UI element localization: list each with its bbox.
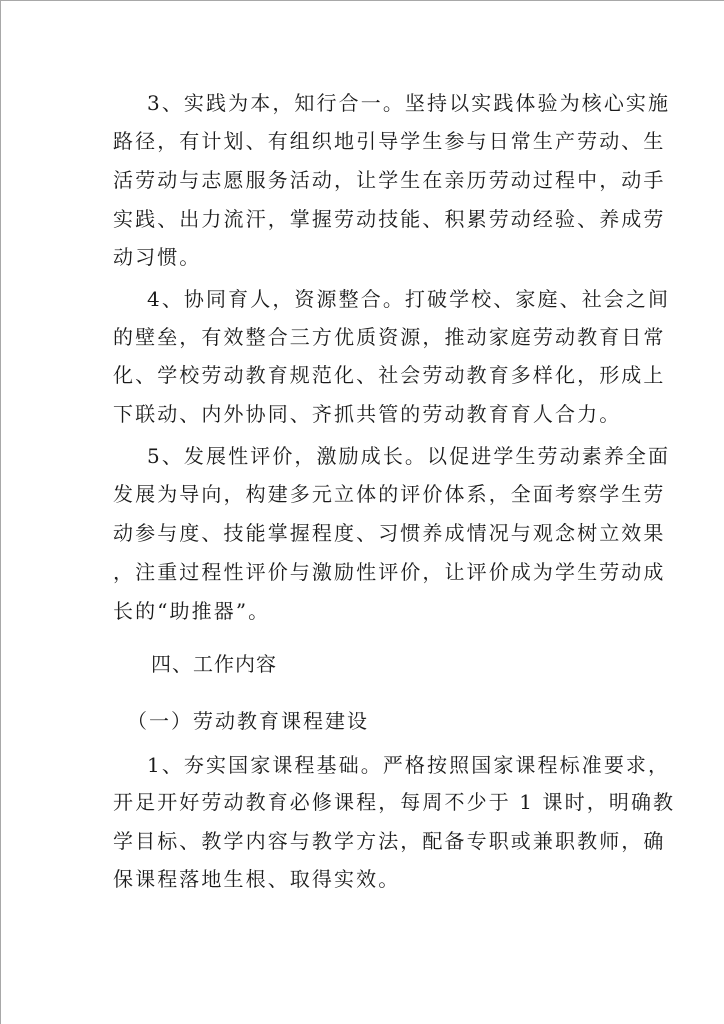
text-line: 长的“助推器”。 bbox=[113, 599, 607, 623]
text-line: 保课程落地生根、取得实效。 bbox=[113, 867, 607, 891]
text-line: 实践、出力流汗，掌握劳动技能、积累劳动经验、养成劳 bbox=[113, 207, 607, 231]
text-line: 开足开好劳动教育必修课程，每周不少于 1 课时，明确教 bbox=[113, 790, 607, 814]
text-line: 活劳动与志愿服务活动，让学生在亲历劳动过程中，动手 bbox=[113, 168, 607, 192]
text-line: 动参与度、技能掌握程度、习惯养成情况与观念树立效果 bbox=[113, 521, 607, 545]
document-page: 3、实践为本，知行合一。坚持以实践体验为核心实施 路径，有计划、有组织地引导学生… bbox=[0, 0, 724, 1024]
text-line: 动习惯。 bbox=[113, 245, 607, 269]
subsection-heading: （一）劳动教育课程建设 bbox=[127, 709, 621, 733]
text-line: 路径，有计划、有组织地引导学生参与日常生产劳动、生 bbox=[113, 129, 607, 153]
text-line: 4、协同育人，资源整合。打破学校、家庭、社会之间 bbox=[147, 287, 607, 311]
text-line: 化、学校劳动教育规范化、社会劳动教育多样化，形成上 bbox=[113, 363, 607, 387]
text-line: 学目标、教学内容与教学方法，配备专职或兼职教师，确 bbox=[113, 829, 607, 853]
section-heading: 四、工作内容 bbox=[151, 652, 645, 676]
text-line: 1、夯实国家课程基础。严格按照国家课程标准要求， bbox=[147, 753, 607, 777]
text-line: ，注重过程性评价与激励性评价，让评价成为学生劳动成 bbox=[113, 560, 607, 584]
text-line: 的壁垒，有效整合三方优质资源，推动家庭劳动教育日常 bbox=[113, 325, 607, 349]
text-line: 下联动、内外协同、齐抓共管的劳动教育育人合力。 bbox=[113, 402, 607, 426]
text-line: 3、实践为本，知行合一。坚持以实践体验为核心实施 bbox=[147, 91, 607, 115]
text-line: 5、发展性评价，激励成长。以促进学生劳动素养全面 bbox=[147, 444, 607, 468]
text-line: 发展为导向，构建多元立体的评价体系，全面考察学生劳 bbox=[113, 482, 607, 506]
